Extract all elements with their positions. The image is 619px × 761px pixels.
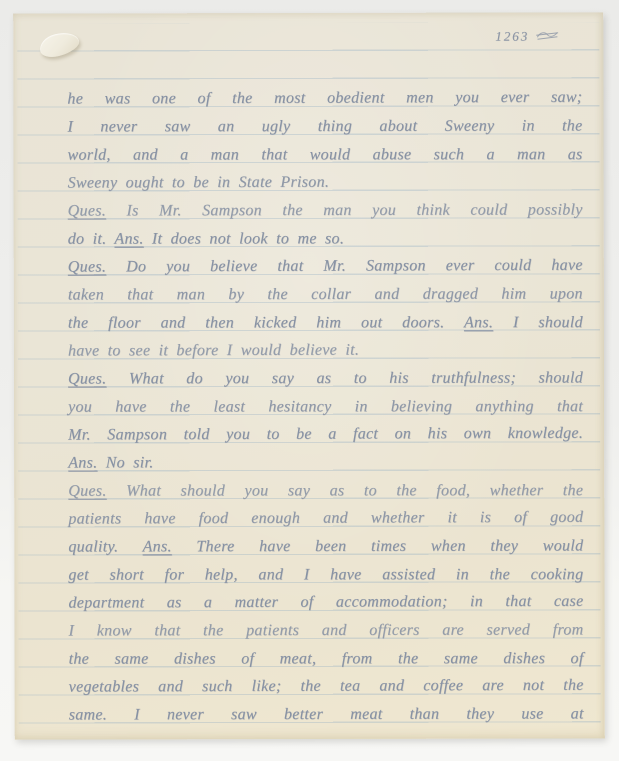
manuscript-line: taken that man by the collar and dragged… [68, 280, 583, 309]
manuscript-line: he was one of the most obedient men you … [67, 84, 582, 114]
manuscript-line: world, and a man that would abuse such a… [68, 141, 583, 170]
manuscript-line: Ques. Do you believe that Mr. Sampson ev… [68, 252, 583, 282]
manuscript-line: Sweeny ought to be in State Prison. [68, 168, 583, 198]
manuscript-line: same. I never saw better meat than they … [69, 700, 584, 729]
manuscript-line: vegetables and such like; the tea and co… [69, 672, 584, 702]
manuscript-line: Ques. What should you say as to the food… [68, 477, 583, 506]
manuscript-line: patients have food enough and whether it… [68, 504, 583, 534]
manuscript-line: I know that the patients and officers ar… [69, 616, 584, 645]
manuscript-line: department as a matter of accommodation;… [68, 588, 583, 618]
manuscript-line: quality. Ans. There have been times when… [68, 532, 583, 561]
manuscript-line: the floor and then kicked him out doors.… [68, 309, 583, 338]
manuscript-line: have to see it before I would believe it… [68, 336, 583, 366]
manuscript-line: Ans. No sir. [68, 448, 583, 477]
document-scan: 1263 he was one of the most obedient men… [0, 0, 619, 761]
manuscript-line: I never saw an ugly thing about Sweeny i… [67, 112, 582, 141]
manuscript-line: get short for help, and I have assisted … [68, 561, 583, 590]
manuscript-text: he was one of the most obedient men you … [67, 84, 583, 729]
crossed-out-mark [535, 30, 560, 42]
manuscript-line: you have the least hesitancy in believin… [68, 393, 583, 422]
manuscript-page: 1263 he was one of the most obedient men… [13, 12, 605, 739]
manuscript-line: the same dishes of meat, from the same d… [69, 645, 584, 674]
manuscript-line: Ques. What do you say as to his truthful… [68, 364, 583, 393]
manuscript-line: Ques. Is Mr. Sampson the man you think c… [68, 196, 583, 225]
page-number: 1263 [495, 29, 529, 44]
page-number-row: 1263 [495, 28, 559, 44]
manuscript-line: Mr. Sampson told you to be a fact on his… [68, 420, 583, 450]
manuscript-line: do it. Ans. It does not look to me so. [68, 225, 583, 254]
paper-tear [37, 29, 81, 60]
